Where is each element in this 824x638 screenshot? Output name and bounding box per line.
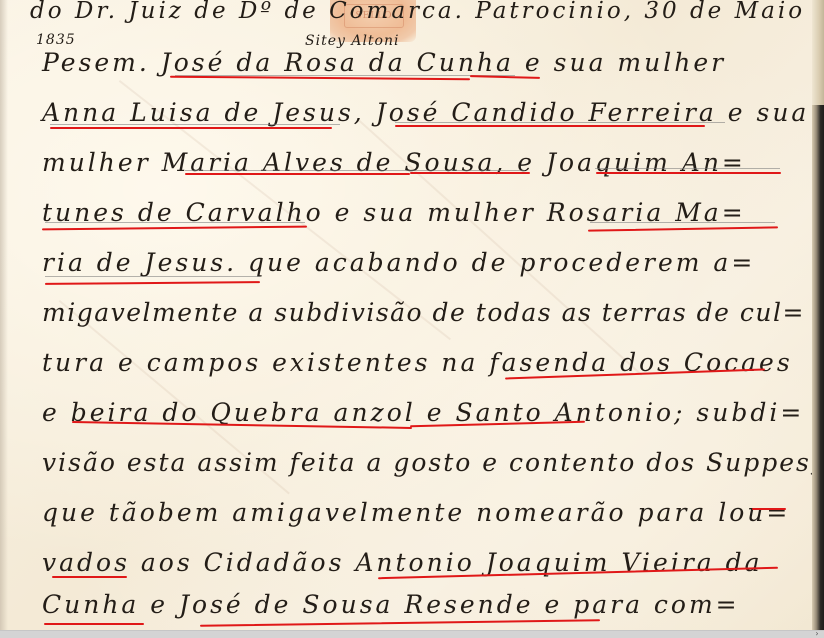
red-underline — [752, 508, 786, 510]
text-line-6: migavelmente a subdivisão de todas as te… — [42, 298, 805, 327]
pencil-underline — [185, 170, 525, 171]
scroll-right-arrow-icon[interactable]: › — [812, 629, 822, 638]
pencil-underline — [590, 222, 775, 223]
pencil-underline — [595, 168, 780, 169]
red-underline — [588, 226, 778, 231]
pencil-underline — [45, 276, 260, 277]
red-underline — [44, 623, 144, 625]
text-line-12: Cunha e José de Sousa Resende e para com… — [42, 590, 740, 619]
pencil-underline — [50, 124, 340, 125]
pencil-underline — [45, 222, 305, 223]
document-scan: SELLO do Dr. Juiz de Dº de Comarca. Patr… — [0, 0, 824, 630]
text-line-5: ria de Jesus. que acabando de procederem… — [42, 248, 755, 277]
text-line-10: que tãobem amigavelmente nomearão para l… — [42, 498, 790, 527]
red-underline — [45, 281, 260, 285]
red-underline — [596, 172, 781, 174]
text-line-1: Pesem. José da Rosa da Cunha e sua mulhe… — [42, 48, 726, 77]
red-underline — [395, 125, 705, 127]
header-year: 1835 — [36, 32, 76, 48]
red-underline — [470, 75, 540, 79]
text-line-9: visão esta assim feita a gosto e content… — [42, 448, 821, 477]
red-underline — [50, 127, 332, 129]
red-underline — [200, 619, 600, 627]
page-left-shadow — [0, 0, 8, 630]
horizontal-scrollbar[interactable] — [0, 630, 824, 638]
text-line-11: vados aos Cidadãos Antonio Joaquim Vieir… — [42, 548, 763, 577]
red-underline — [410, 172, 530, 174]
header-line: do Dr. Juiz de Dº de Comarca. Patrocinio… — [30, 0, 824, 24]
pencil-underline — [395, 122, 725, 123]
header-annotation: Sitey Altoni — [305, 33, 399, 49]
page-edge-top — [812, 0, 824, 105]
red-underline — [52, 576, 127, 578]
red-underline — [185, 173, 410, 175]
